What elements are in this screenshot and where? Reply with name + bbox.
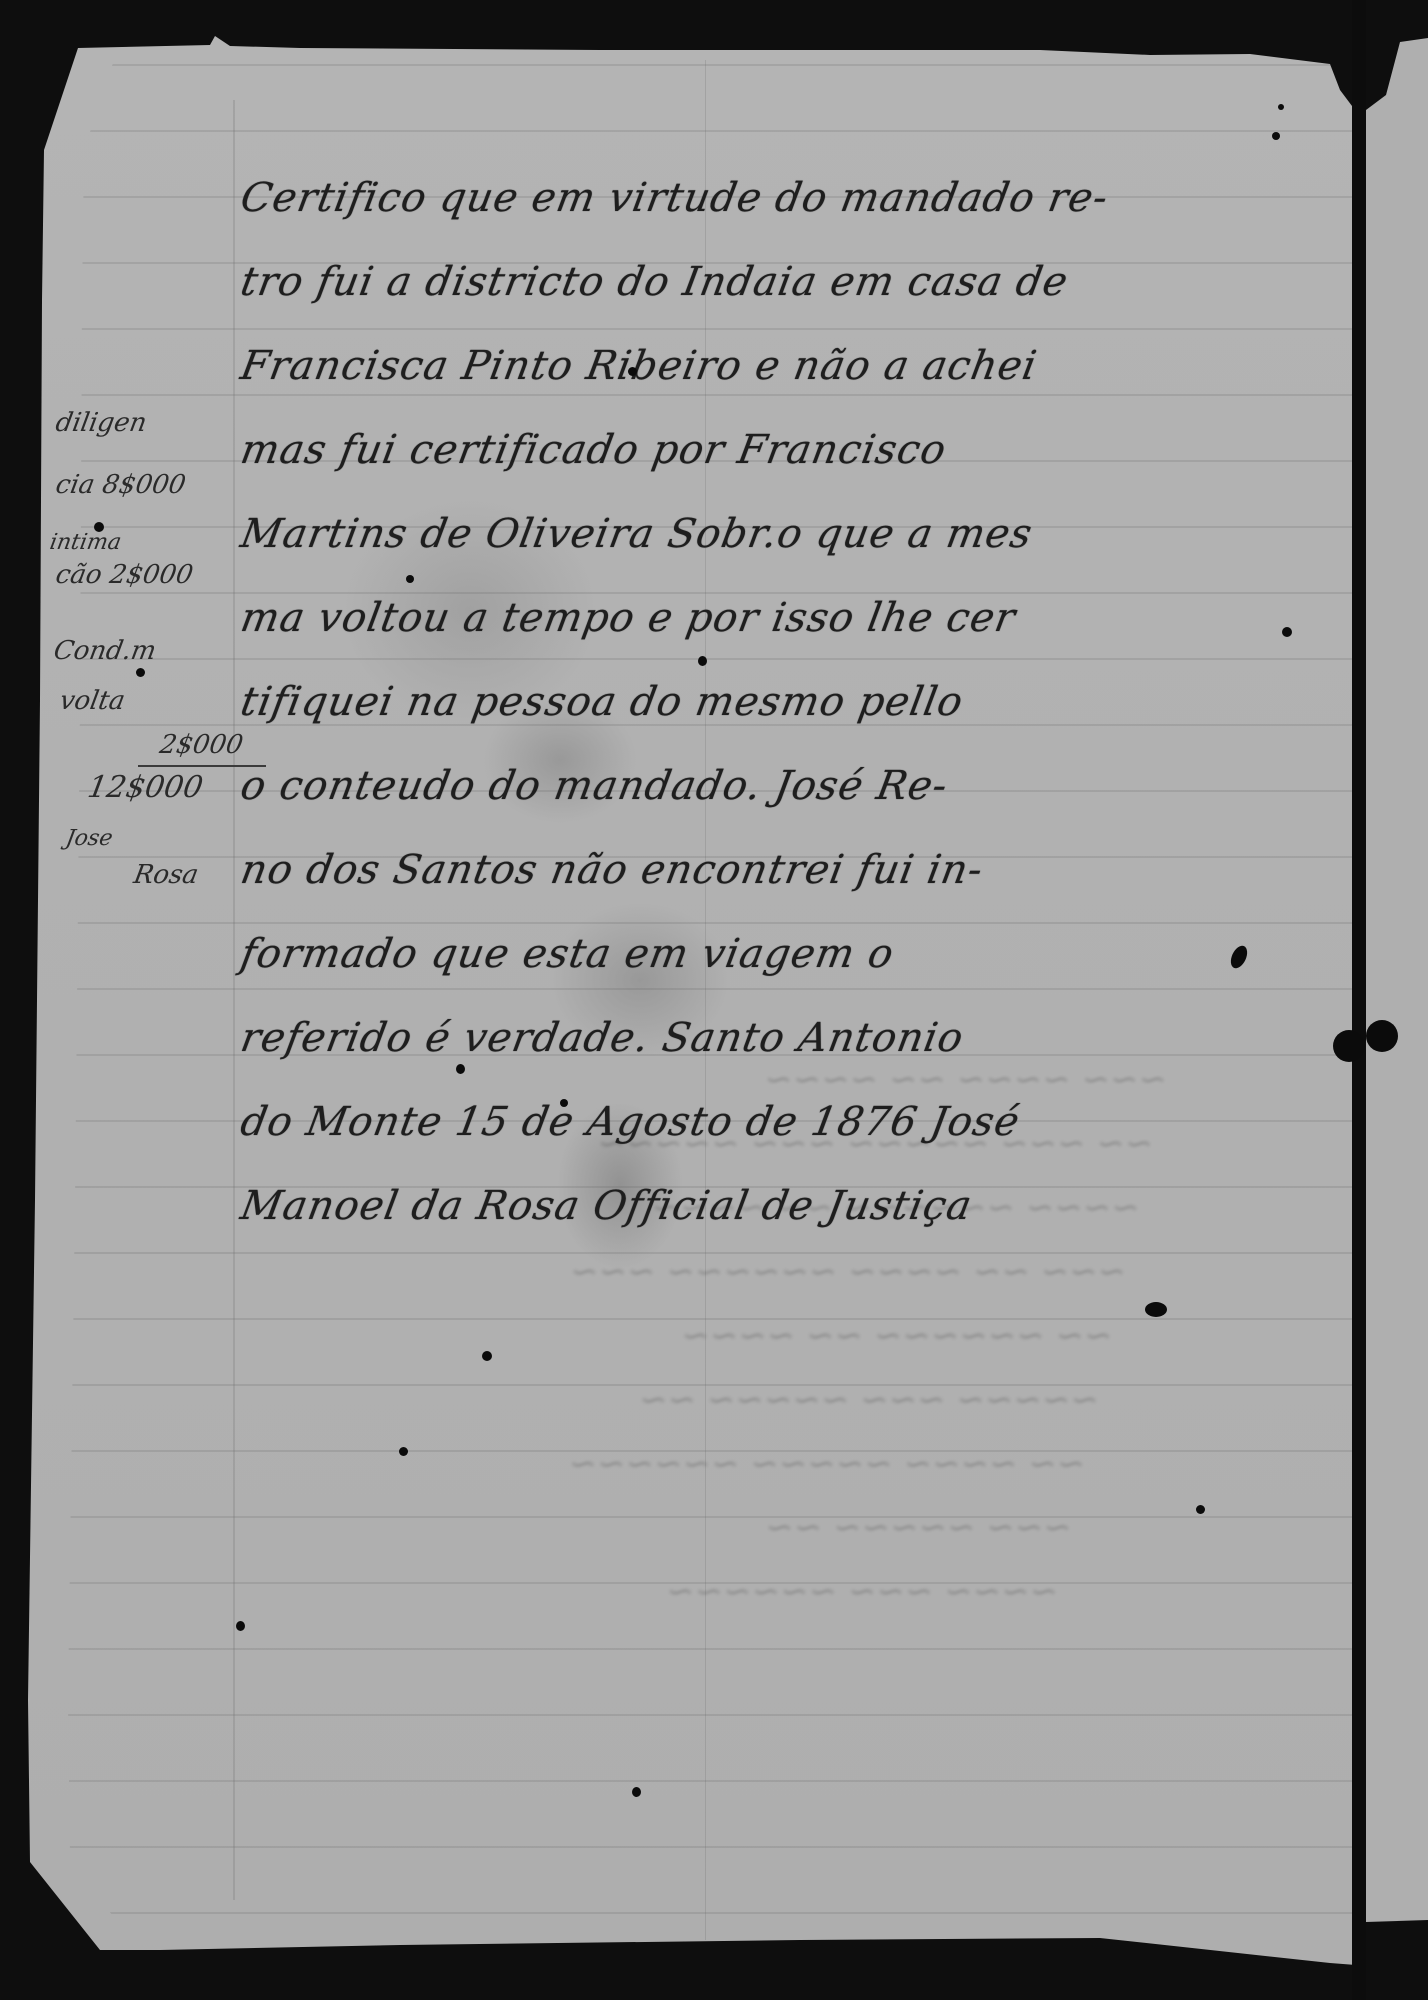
margin-note-jose: Jose bbox=[64, 826, 115, 851]
margin-note-rosa: Rosa bbox=[131, 860, 200, 890]
body-line-5: Martins de Oliveira Sobr.o que a mes bbox=[231, 511, 1186, 595]
body-line-10: formado que esta em viagem o bbox=[231, 931, 1186, 1015]
ink-speck bbox=[560, 1099, 568, 1107]
body-line-6: ma voltou a tempo e por isso lhe cer bbox=[231, 595, 1186, 679]
body-line-11: referido é verdade. Santo Antonio bbox=[231, 1015, 1186, 1099]
ink-speck bbox=[1278, 104, 1284, 110]
bleed-line: ~~ ~~~~~~ ~~ ~~~~ bbox=[223, 1316, 1117, 1380]
ink-speck bbox=[136, 668, 145, 677]
ink-speck bbox=[406, 575, 414, 583]
signature-line: Manoel da Rosa Official de Justiça bbox=[231, 1183, 1186, 1267]
ink-speck bbox=[236, 1621, 245, 1631]
ink-speck bbox=[1272, 132, 1280, 140]
bleed-line: ~~~~ ~~~ ~~~~~~ bbox=[169, 1572, 1063, 1636]
bleed-line: ~~~ ~~~~~ ~~ bbox=[182, 1508, 1076, 1572]
ink-speck bbox=[698, 656, 707, 666]
ink-speck bbox=[482, 1351, 492, 1361]
ink-speck bbox=[94, 522, 104, 532]
ink-speck bbox=[628, 367, 637, 376]
ink-speck bbox=[456, 1064, 465, 1074]
margin-note-fee-1: cia 8$000 bbox=[53, 470, 188, 500]
certificate-body: Certifico que em virtude do mandado re- … bbox=[238, 175, 1178, 1267]
body-line-4: mas fui certificado por Francisco bbox=[231, 427, 1186, 511]
body-line-9: no dos Santos não encontrei fui in- bbox=[231, 847, 1186, 931]
ink-speck bbox=[1196, 1505, 1205, 1514]
margin-note-fee-3: 2$000 bbox=[157, 730, 245, 760]
ink-speck bbox=[399, 1447, 408, 1456]
bleed-line: ~~ ~~~~ ~~~~~ ~~~~~~ bbox=[196, 1444, 1090, 1508]
binding-hole bbox=[1366, 1020, 1398, 1052]
body-line-1: Certifico que em virtude do mandado re- bbox=[231, 175, 1186, 259]
margin-note-intimacao: intima bbox=[48, 530, 123, 555]
body-line-3: Francisca Pinto Ribeiro e não a achei bbox=[231, 343, 1186, 427]
date-line: do Monte 15 de Agosto de 1876 José bbox=[231, 1099, 1186, 1183]
body-line-7: tifiquei na pessoa do mesmo pello bbox=[231, 679, 1186, 763]
sum-line bbox=[138, 765, 266, 767]
ink-speck bbox=[1282, 627, 1292, 637]
margin-note-total: 12$000 bbox=[85, 770, 206, 805]
ink-blot bbox=[1145, 1302, 1167, 1317]
adjacent-page-edge bbox=[1366, 0, 1428, 2000]
binding-hole bbox=[1333, 1030, 1365, 1062]
binding-gutter bbox=[1352, 0, 1366, 2000]
ink-speck bbox=[632, 1787, 641, 1797]
manuscript-page: ~~~ ~~~~ ~~ ~~~~ ~~ ~~~ ~~~~~ ~~~ ~~~~~ … bbox=[0, 0, 1428, 2000]
margin-note-conducao: Cond.m bbox=[51, 636, 158, 666]
margin-note-diligencia: diligen bbox=[53, 408, 149, 438]
margin-note-volta: volta bbox=[57, 686, 127, 716]
body-line-8: o conteudo do mandado. José Re- bbox=[231, 763, 1186, 847]
body-line-2: tro fui a districto do Indaia em casa de bbox=[231, 259, 1186, 343]
margin-note-fee-2: cão 2$000 bbox=[53, 560, 195, 590]
bleed-line: ~~~~~ ~~~ ~~~~~ ~~ bbox=[210, 1380, 1104, 1444]
